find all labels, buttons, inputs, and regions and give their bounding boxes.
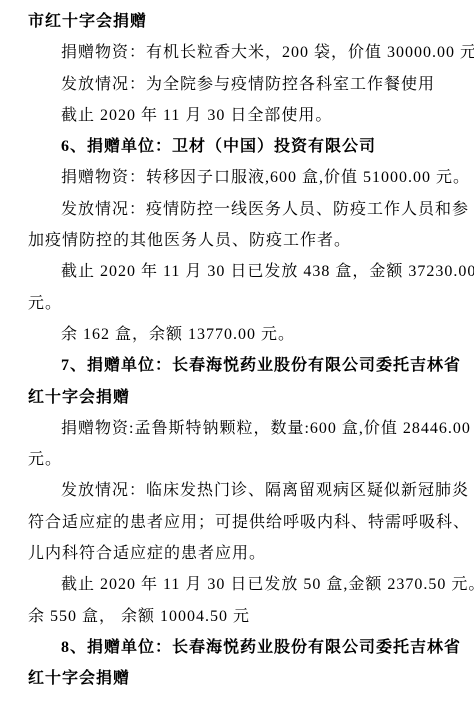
section-heading-continuation: 市红十字会捐赠 — [28, 6, 468, 37]
body-line-donated-goods: 捐赠物资：转移因子口服液,600 盒,价值 51000.00 元。 — [28, 162, 468, 193]
body-line-deadline: 截止 2020 年 11 月 30 日已发放 50 盒,金额 2370.50 元… — [28, 569, 468, 600]
section-heading-7-cont: 红十字会捐赠 — [28, 382, 468, 413]
body-line-distribution-cont: 加疫情防控的其他医务人员、防疫工作者。 — [28, 225, 468, 256]
body-line-deadline: 截止 2020 年 11 月 30 日已发放 438 盒，金额 37230.00 — [28, 256, 468, 287]
document-page: 市红十字会捐赠 捐赠物资：有机长粒香大米，200 袋，价值 30000.00 元… — [0, 0, 474, 703]
body-line-distribution: 发放情况：临床发热门诊、隔离留观病区疑似新冠肺炎 — [28, 475, 468, 506]
body-line-distribution-cont: 儿内科符合适应症的患者应用。 — [28, 538, 468, 569]
body-line-deadline-cont: 元。 — [28, 288, 468, 319]
body-line-remainder: 余 550 盒， 余额 10004.50 元 — [28, 601, 468, 632]
body-line-donated-goods: 捐赠物资:孟鲁斯特钠颗粒，数量:600 盒,价值 28446.00 — [28, 413, 468, 444]
body-line-donated-goods-cont: 元。 — [28, 444, 468, 475]
section-heading-8-cont: 红十字会捐赠 — [28, 663, 468, 694]
body-line-distribution: 发放情况：为全院参与疫情防控各科室工作餐使用 — [28, 69, 468, 100]
body-line-distribution: 发放情况：疫情防控一线医务人员、防疫工作人员和参 — [28, 194, 468, 225]
body-line-deadline: 截止 2020 年 11 月 30 日全部使用。 — [28, 100, 468, 131]
body-line-distribution-cont: 符合适应症的患者应用；可提供给呼吸内科、特需呼吸科、 — [28, 507, 468, 538]
body-line-remainder: 余 162 盒，余额 13770.00 元。 — [28, 319, 468, 350]
section-heading-7: 7、捐赠单位：长春海悦药业股份有限公司委托吉林省 — [28, 350, 468, 381]
section-heading-8: 8、捐赠单位：长春海悦药业股份有限公司委托吉林省 — [28, 632, 468, 663]
section-heading-6: 6、捐赠单位：卫材（中国）投资有限公司 — [28, 131, 468, 162]
body-line-donated-goods: 捐赠物资：有机长粒香大米，200 袋，价值 30000.00 元。 — [28, 37, 468, 68]
